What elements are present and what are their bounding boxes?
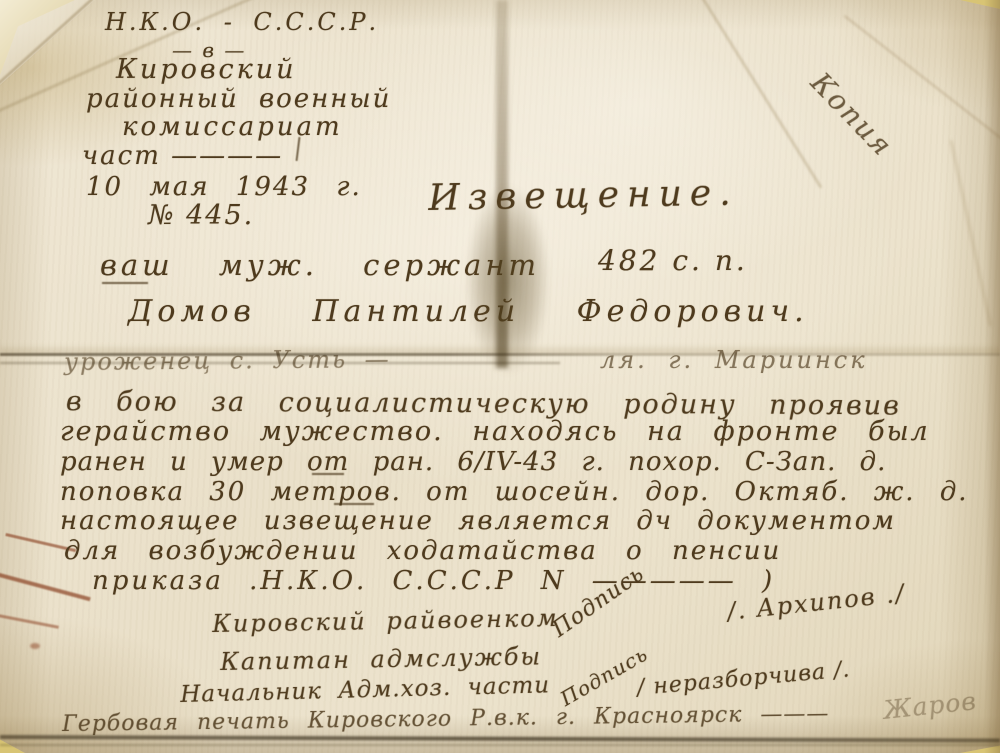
underline-death-date (312, 473, 344, 475)
body-text-5: настоящее извещение является дч документ… (60, 506, 896, 536)
right-edge-shadow (984, 0, 1000, 753)
signature-title-2: Капитан адмслужбы (220, 642, 542, 676)
header-org-line1: Н.К.О. - С.С.С.Р. (105, 8, 379, 36)
body-text-2: герайство мужество. находясь на фронте б… (60, 416, 930, 447)
header-org-line3: Кировский (116, 54, 297, 85)
bottom-tear-line-2 (0, 744, 1000, 746)
fold-horizontal-line-2 (0, 362, 560, 364)
body-birthplace-left: уроженец с. Усть — (64, 345, 391, 376)
document-scan: Н.К.О. - С.С.С.Р. — в — Кировский районн… (0, 0, 1000, 753)
body-text-4: поповка 30 метров. от шосейн. дор. Октяб… (60, 477, 969, 507)
header-org-line5: комиссариат (122, 112, 343, 142)
body-text-3: ранен и умер от ран. 6/IV-43 г. похор. С… (60, 447, 886, 477)
header-date-line: 10 мая 1943 г. (86, 172, 362, 202)
body-birthplace-right: ля. г. Мариинск (600, 346, 868, 374)
ink-blot-center (465, 185, 550, 375)
underline-shosein (334, 503, 374, 505)
header-org-line4: районный военный (86, 84, 391, 114)
body-text-6: для возбуждении ходатайства о пенсии (64, 536, 781, 566)
body-text-7: приказа .Н.К.О. С.С.С.Р N ————— ) (92, 566, 775, 596)
underline-vash (102, 282, 148, 284)
fold-horizontal-line (0, 353, 1000, 356)
body-regiment-number: 482 с. п. (598, 244, 748, 277)
red-stain-dot (30, 643, 40, 649)
header-part-line: част ———— (82, 141, 283, 171)
header-number-line: № 445. (148, 200, 254, 231)
